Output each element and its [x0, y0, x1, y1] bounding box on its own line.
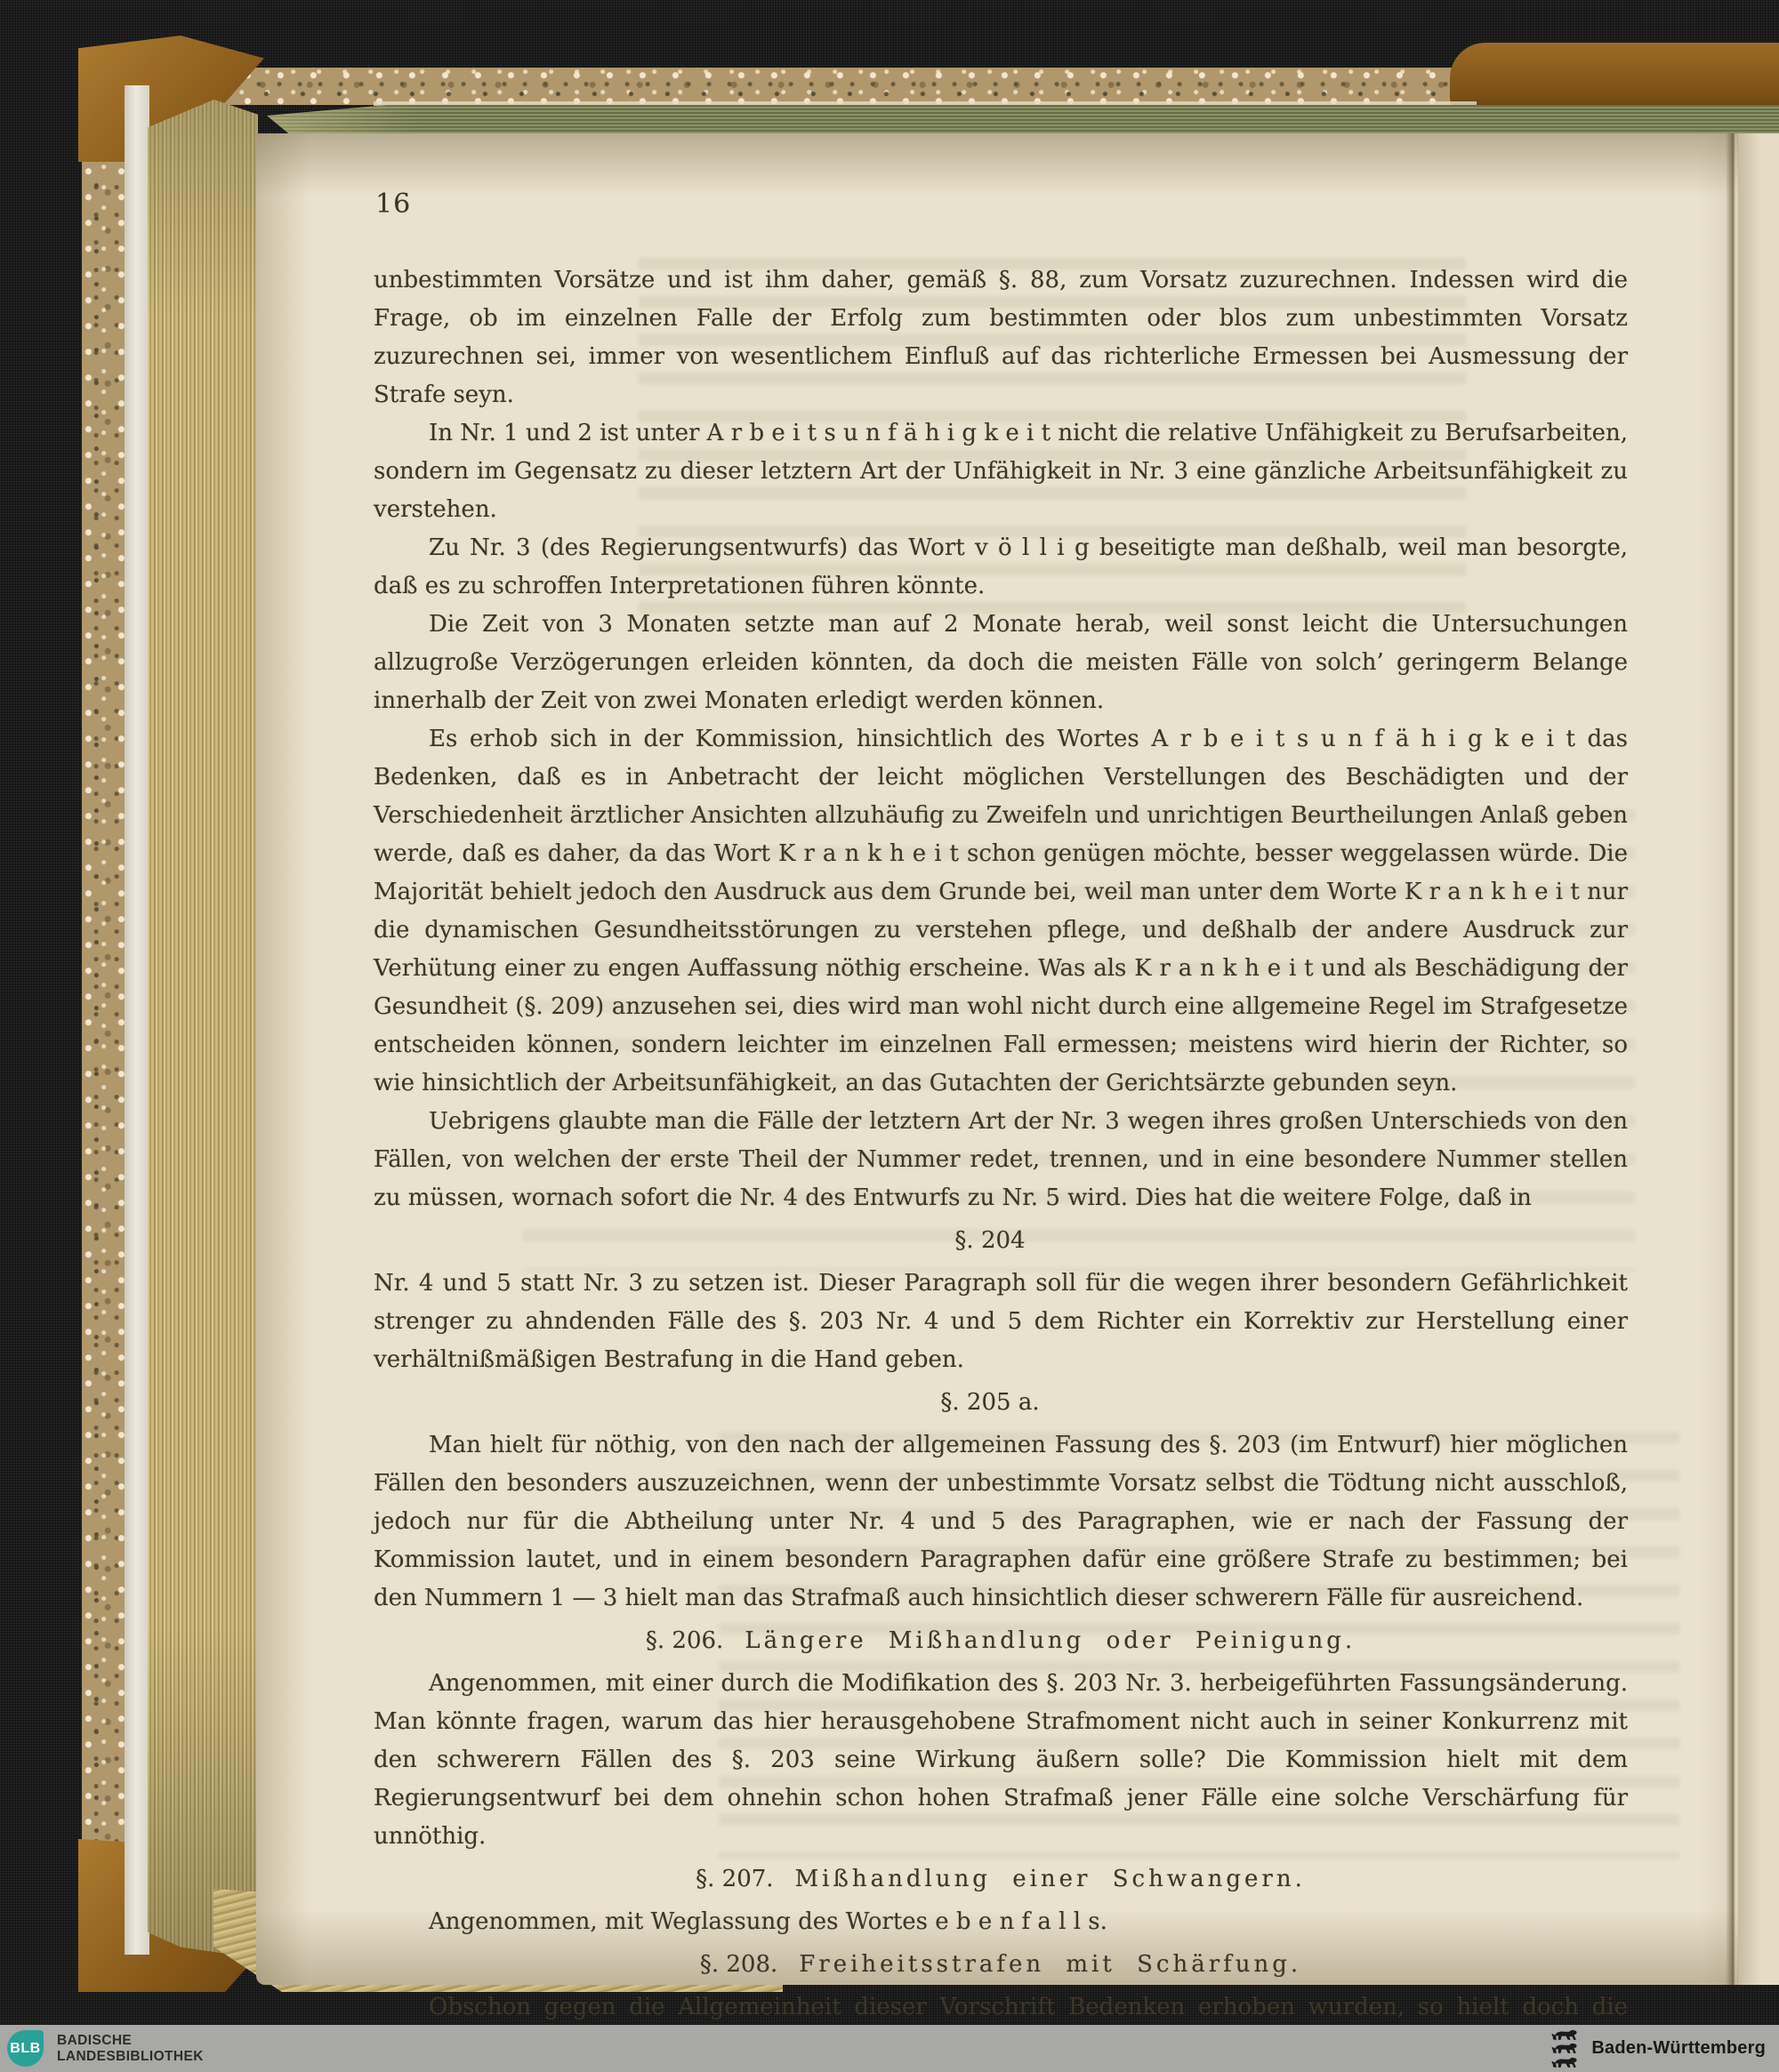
section-number: §. 206. — [646, 1627, 723, 1654]
library-name-line2: LANDESBIBLIOTHEK — [57, 2049, 204, 2065]
paragraph: Angenommen, mit einer durch die Modifika… — [374, 1665, 1628, 1856]
section-title: Längere Mißhandlung oder Peinigung. — [745, 1627, 1356, 1654]
paragraph: unbestimmten Vorsätze und ist ihm daher,… — [374, 261, 1628, 414]
section-heading: §. 208.Freiheitsstrafen mit Schärfung. — [374, 1946, 1628, 1984]
paragraph: In Nr. 1 und 2 ist unter A r b e i t s u… — [374, 414, 1628, 529]
paragraph: Nr. 4 und 5 statt Nr. 3 zu setzen ist. D… — [374, 1265, 1628, 1379]
page-fore-edge — [148, 100, 258, 1958]
library-name: BADISCHE LANDESBIBLIOTHEK — [57, 2033, 204, 2064]
endpaper-strip — [125, 85, 149, 1955]
section-title: Mißhandlung einer Schwangern. — [795, 1866, 1306, 1892]
section-title: Freiheitsstrafen mit Schärfung. — [799, 1951, 1301, 1978]
three-lions-icon — [1550, 2029, 1581, 2068]
paragraph: Man hielt für nöthig, von den nach der a… — [374, 1426, 1628, 1618]
lion-icon — [1550, 2029, 1581, 2041]
section-heading: §. 207.Mißhandlung einer Schwangern. — [374, 1860, 1628, 1899]
facing-page-sliver — [1738, 133, 1779, 1985]
paragraph: Die Zeit von 3 Monaten setzte man auf 2 … — [374, 606, 1628, 720]
book-page: 16 unbestimmten Vorsätze und ist ihm dah… — [256, 133, 1779, 1985]
section-number: §. 208. — [700, 1951, 777, 1978]
marbled-cover-top — [142, 68, 1477, 105]
library-brand: BLB BADISCHE LANDESBIBLIOTHEK — [7, 2025, 204, 2072]
footer-bar: BLB BADISCHE LANDESBIBLIOTHEK Baden-Würt… — [0, 2025, 1779, 2072]
page-text-block: 16 unbestimmten Vorsätze und ist ihm dah… — [374, 189, 1628, 2065]
page-number: 16 — [375, 189, 1628, 221]
scan-background: 16 unbestimmten Vorsätze und ist ihm dah… — [0, 0, 1779, 2072]
state-brand: Baden-Württemberg — [1550, 2025, 1766, 2072]
blb-logo: BLB — [7, 2030, 44, 2067]
paragraph: Es erhob sich in der Kommission, hinsich… — [374, 720, 1628, 1103]
section-number: §. 205 a. — [940, 1389, 1039, 1416]
section-number: §. 204 — [954, 1227, 1025, 1254]
paragraph: Uebrigens glaubte man die Fälle der letz… — [374, 1103, 1628, 1217]
lion-icon — [1550, 2057, 1581, 2068]
section-heading: §. 204 — [374, 1222, 1628, 1260]
state-name: Baden-Württemberg — [1591, 2038, 1766, 2059]
section-number: §. 207. — [696, 1866, 773, 1892]
lion-icon — [1550, 2043, 1581, 2054]
page-gutter-crease — [1726, 133, 1738, 1985]
section-heading: §. 205 a. — [374, 1384, 1628, 1422]
section-heading: §. 206.Längere Mißhandlung oder Peinigun… — [374, 1622, 1628, 1660]
library-name-line1: BADISCHE — [57, 2033, 204, 2049]
paragraph: Zu Nr. 3 (des Regierungsentwurfs) das Wo… — [374, 529, 1628, 606]
paragraph: Angenommen, mit Weglassung des Wortes e … — [374, 1903, 1628, 1941]
